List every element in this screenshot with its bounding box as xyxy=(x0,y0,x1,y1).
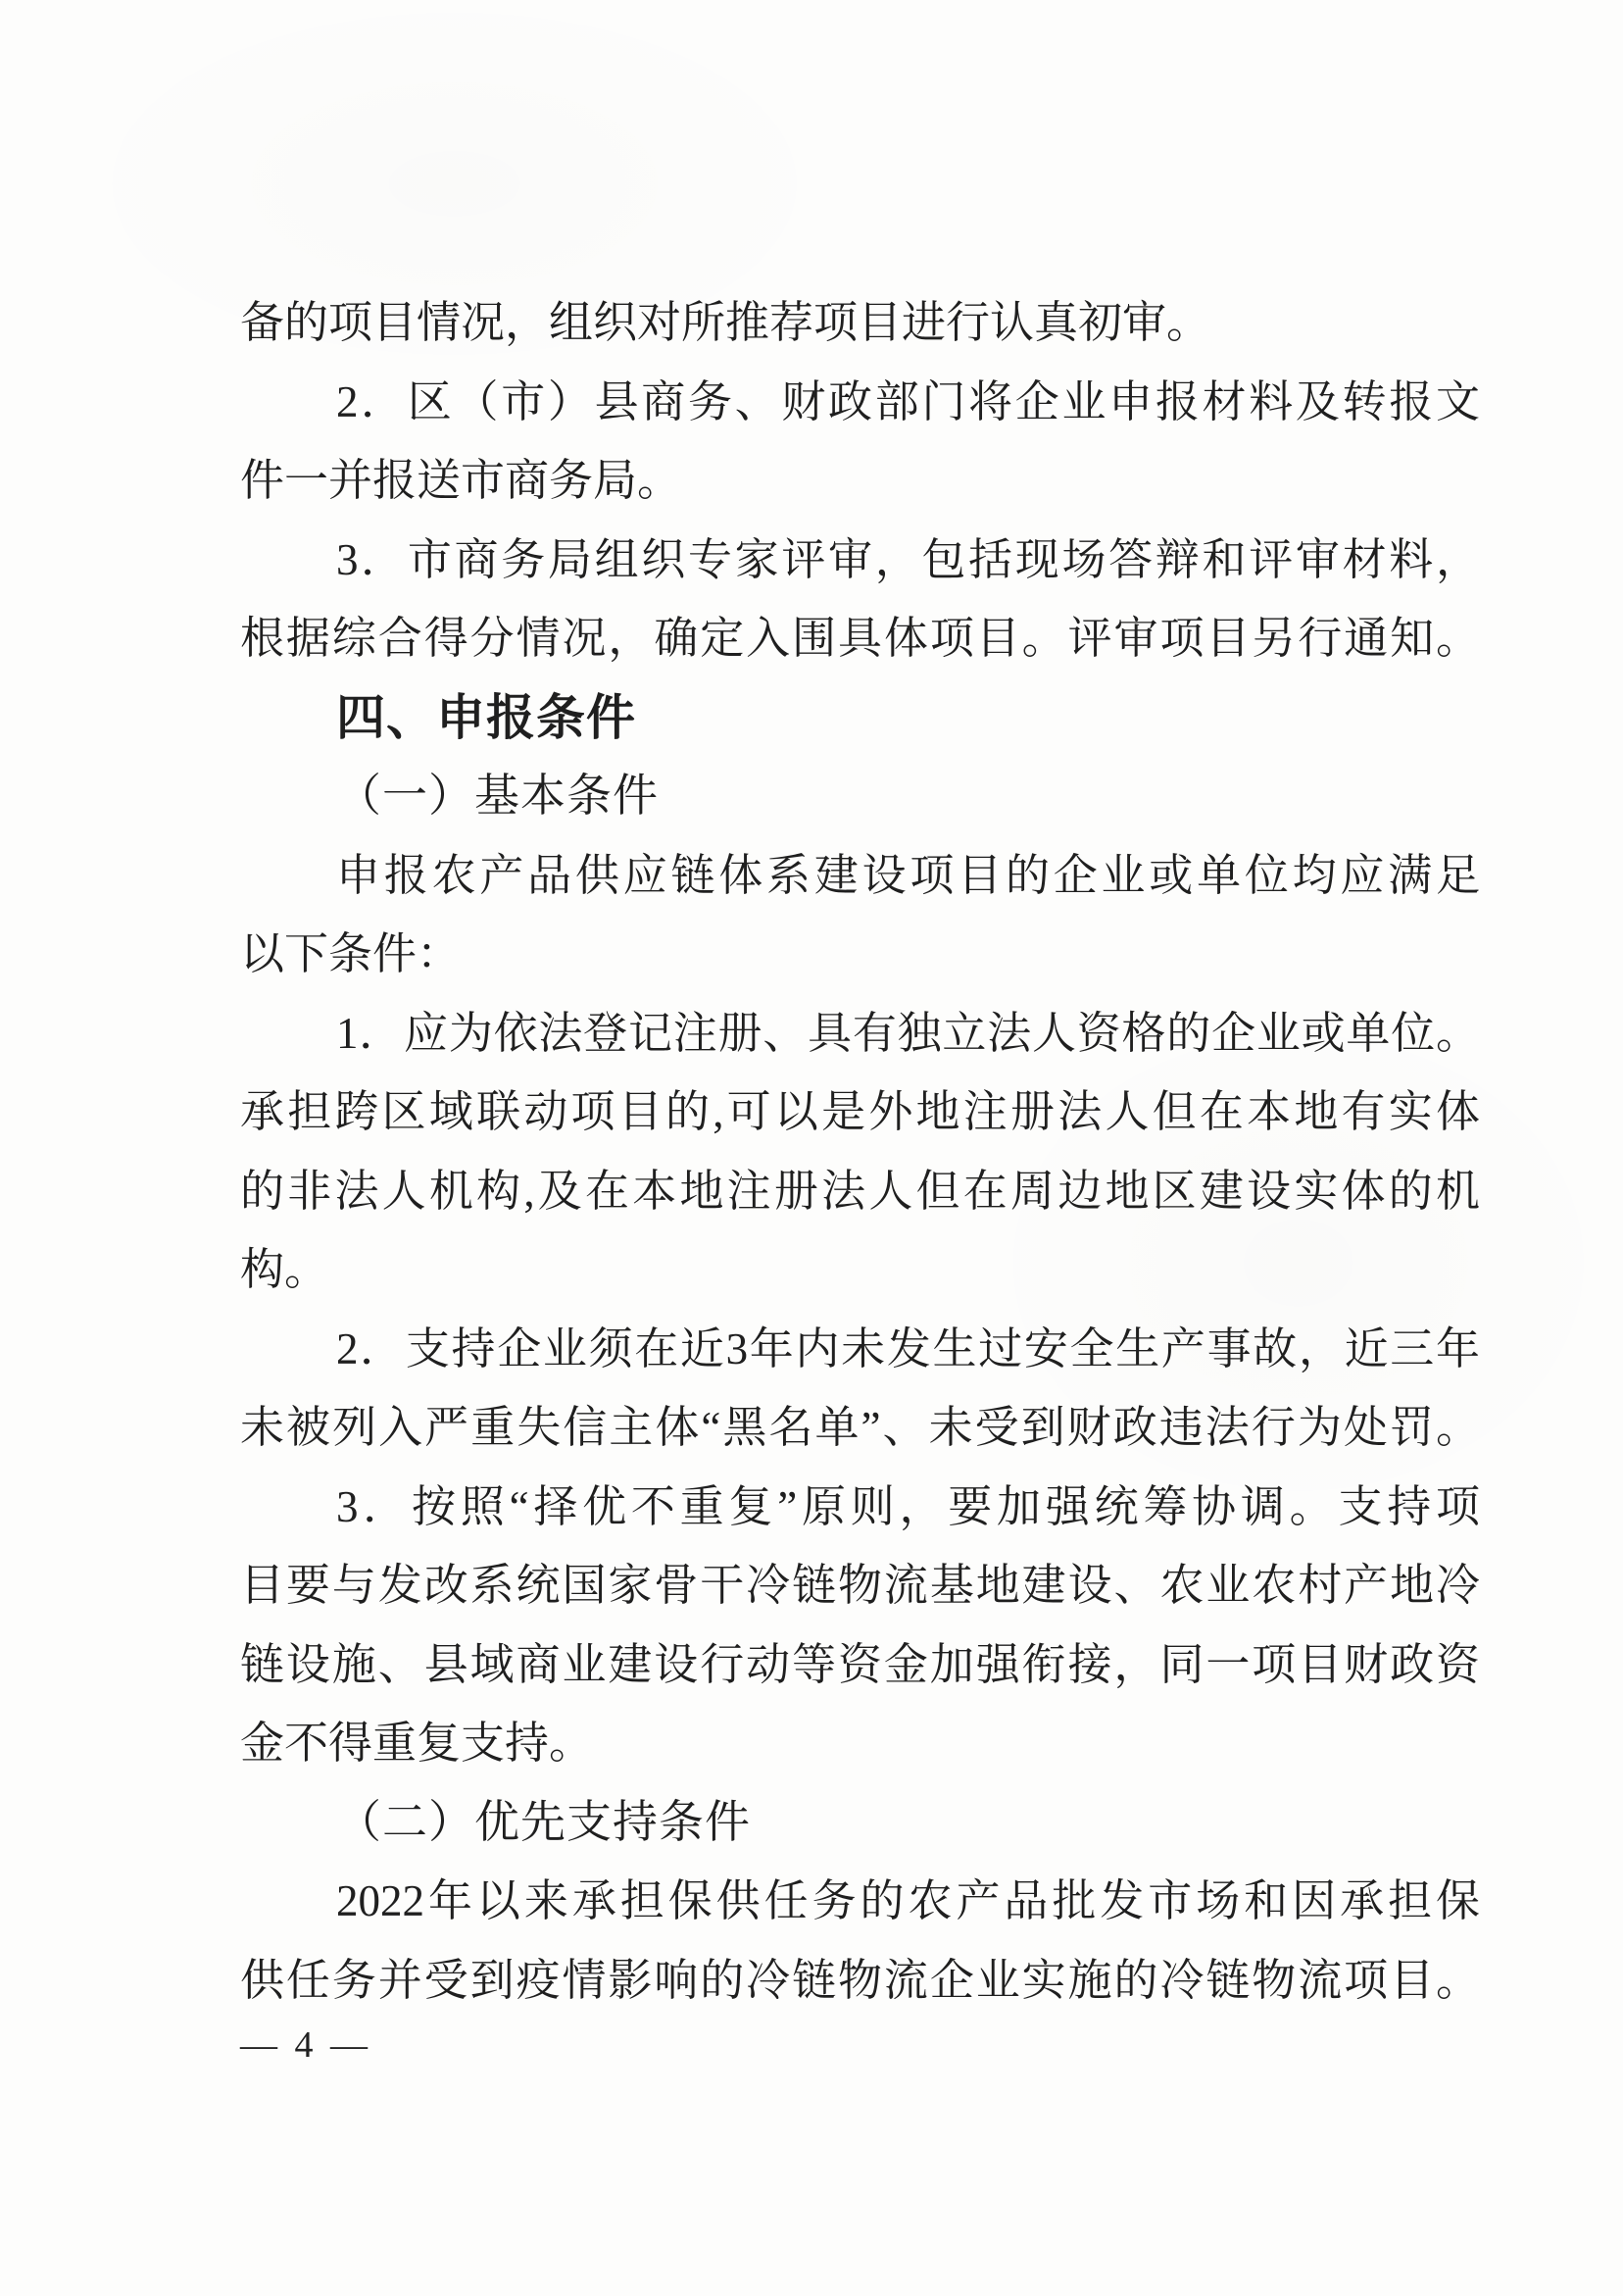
document-body: 备的项目情况，组织对所推荐项目进行认真初审。 2．区（市）县商务、财政部门将企业… xyxy=(240,283,1480,2020)
text-line: 供任务并受到疫情影响的冷链物流企业实施的冷链物流项目。 xyxy=(240,1941,1480,2021)
text-line: 构。 xyxy=(240,1230,1480,1310)
text-line: 3．按照“择优不重复”原则，要加强统筹协调。支持项 xyxy=(240,1468,1480,1547)
text-line: 根据综合得分情况，确定入围具体项目。评审项目另行通知。 xyxy=(240,599,1480,678)
text-line: 链设施、县域商业建设行动等资金加强衔接，同一项目财政资 xyxy=(240,1625,1480,1705)
text-line: 1．应为依法登记注册、具有独立法人资格的企业或单位。 xyxy=(240,994,1480,1073)
text-line: 的非法人机构,及在本地注册法人但在周边地区建设实体的机 xyxy=(240,1152,1480,1231)
text-line: 申报农产品供应链体系建设项目的企业或单位均应满足 xyxy=(240,836,1480,916)
text-line: 金不得重复支持。 xyxy=(240,1704,1480,1783)
text-line: 2022年以来承担保供任务的农产品批发市场和因承担保 xyxy=(240,1862,1480,1941)
text-line: 3．市商务局组织专家评审，包括现场答辩和评审材料， xyxy=(240,521,1480,600)
text-line: 备的项目情况，组织对所推荐项目进行认真初审。 xyxy=(240,283,1480,363)
subsection-heading-priority-support: （二）优先支持条件 xyxy=(240,1783,1480,1863)
page-number: — 4 — xyxy=(240,2025,371,2065)
document-page: 备的项目情况，组织对所推荐项目进行认真初审。 2．区（市）县商务、财政部门将企业… xyxy=(0,0,1623,2296)
text-line: 2．支持企业须在近3年内未发生过安全生产事故，近三年 xyxy=(240,1310,1480,1389)
text-line: 目要与发改系统国家骨干冷链物流基地建设、农业农村产地冷 xyxy=(240,1546,1480,1625)
text-line: 件一并报送市商务局。 xyxy=(240,441,1480,521)
section-heading-application-conditions: 四、申报条件 xyxy=(240,678,1480,758)
text-line: 2．区（市）县商务、财政部门将企业申报材料及转报文 xyxy=(240,363,1480,442)
text-line: 未被列入严重失信主体“黑名单”、未受到财政违法行为处罚。 xyxy=(240,1388,1480,1468)
text-line: 承担跨区域联动项目的,可以是外地注册法人但在本地有实体 xyxy=(240,1073,1480,1152)
text-line: 以下条件： xyxy=(240,915,1480,994)
subsection-heading-basic-conditions: （一）基本条件 xyxy=(240,757,1480,836)
